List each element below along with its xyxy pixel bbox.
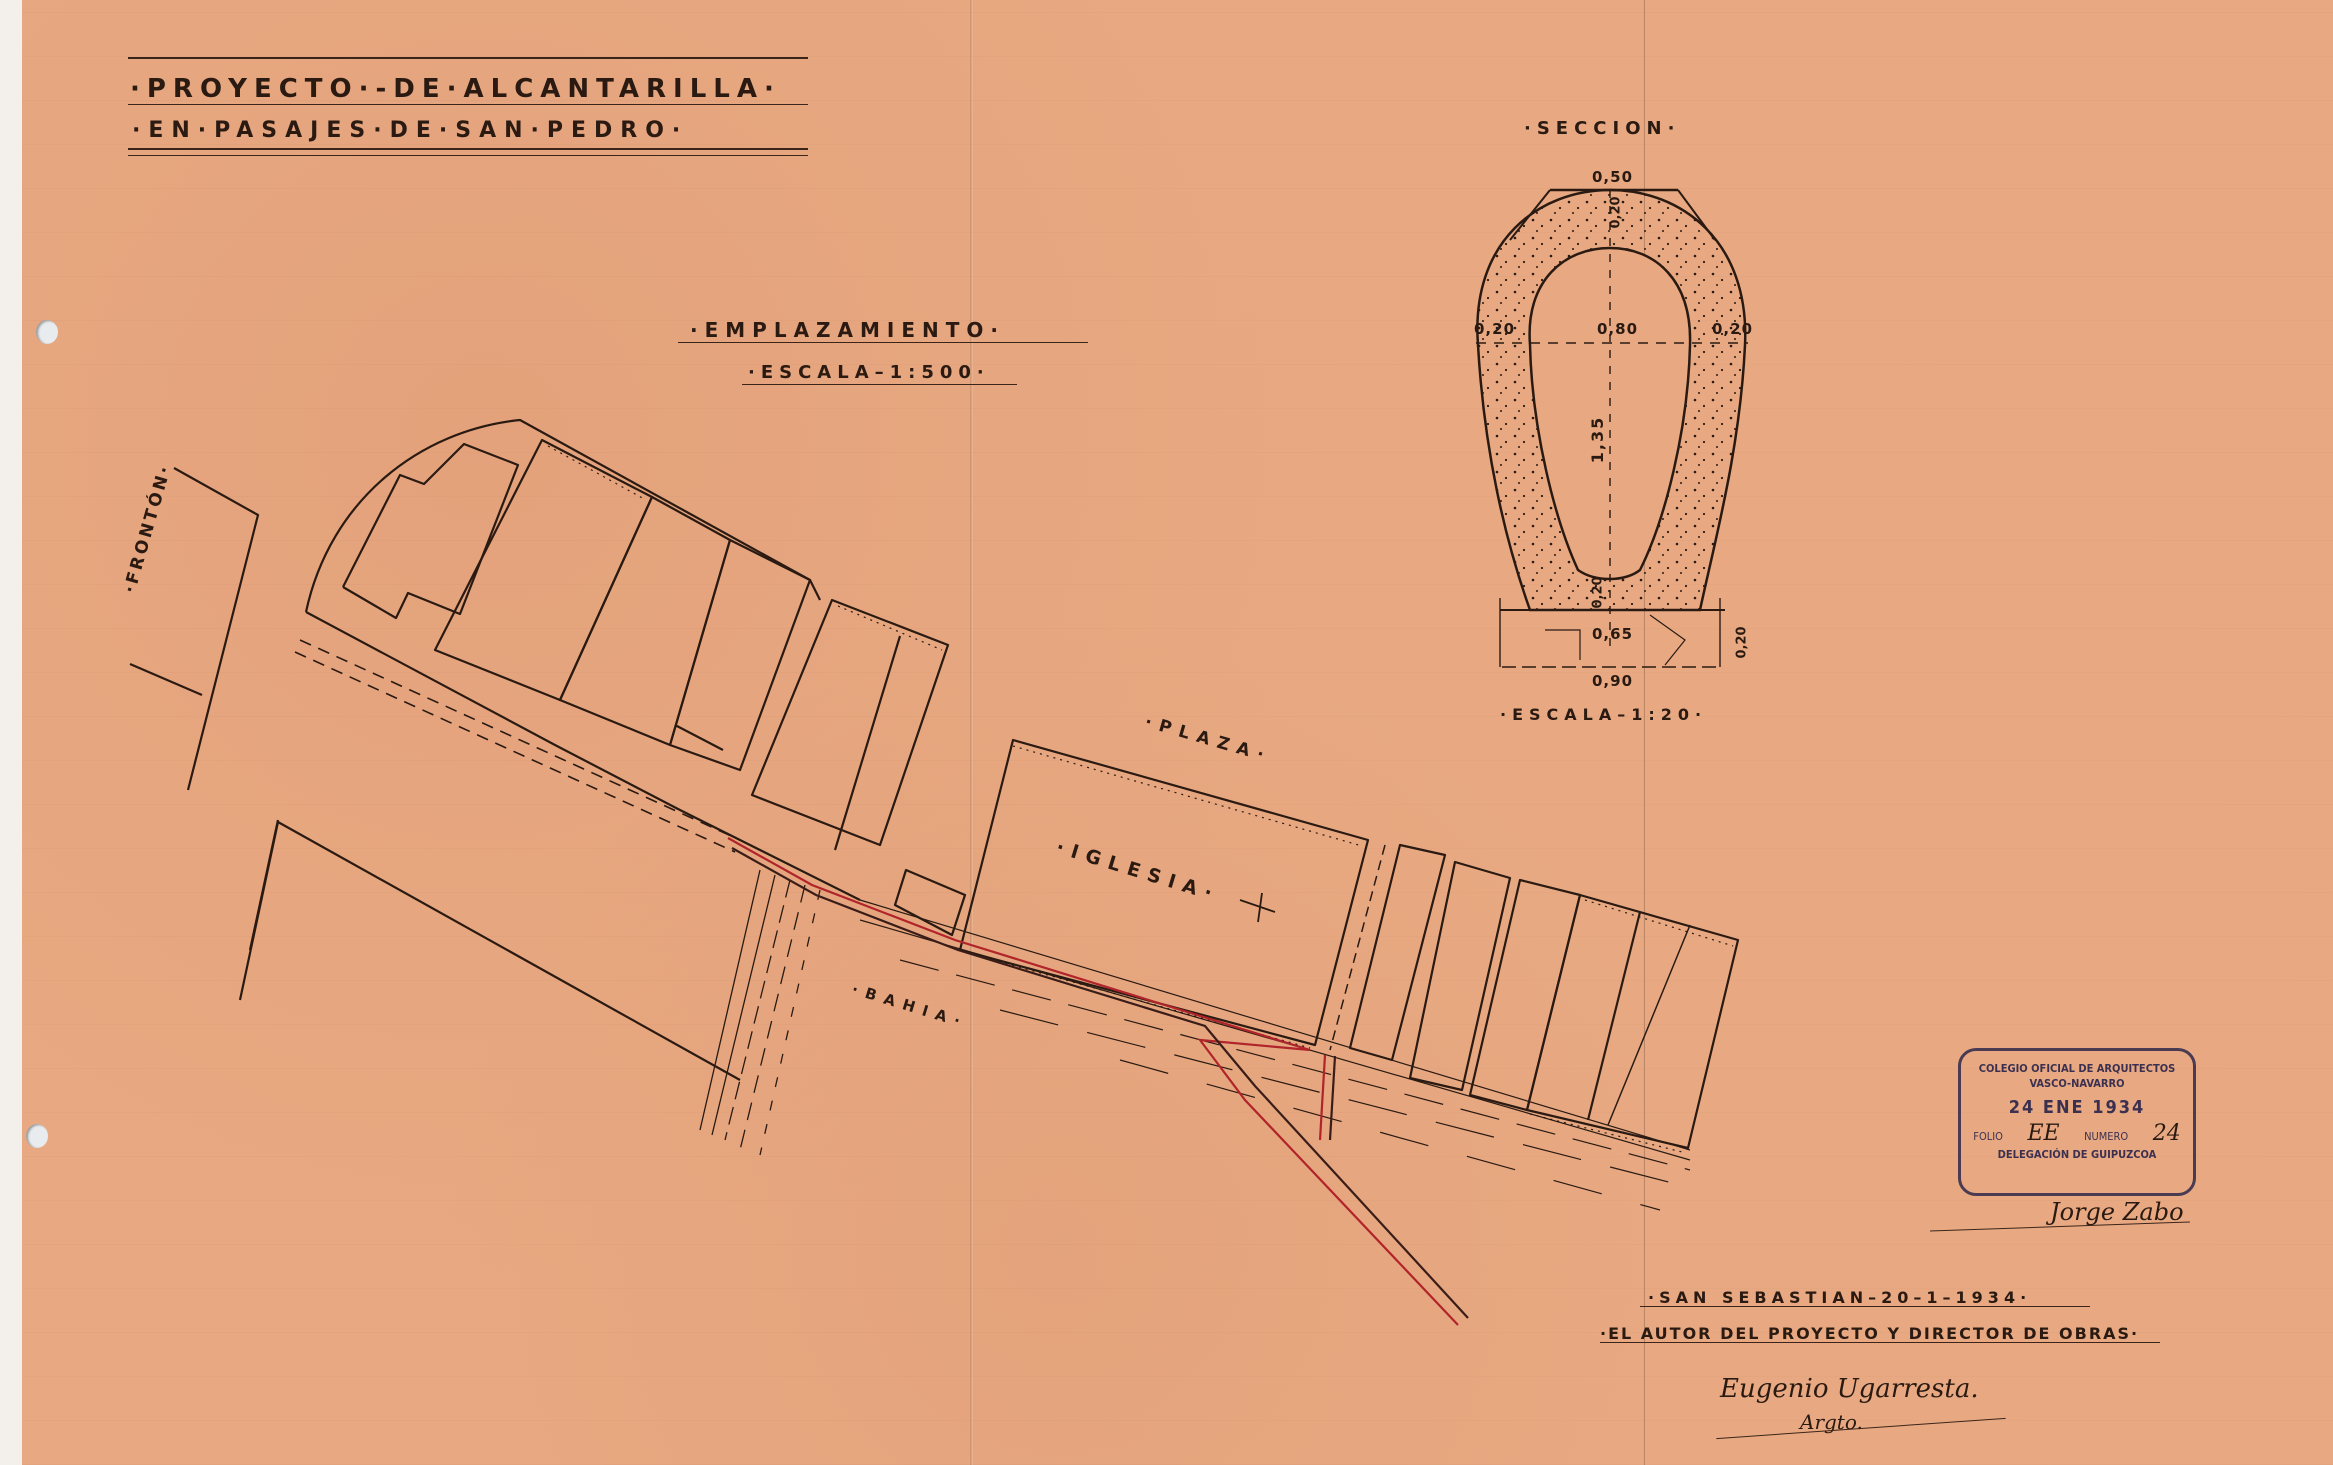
stamp-line1: COLEGIO OFICIAL DE ARQUITECTOS — [1961, 1063, 2193, 1074]
curved-block-outline — [306, 420, 820, 612]
sewer-cross-section — [1476, 190, 1748, 667]
building — [752, 600, 948, 845]
stamp-numero-value: 24 — [2153, 1123, 2181, 1145]
stamp-folio-label: FOLIO — [1973, 1131, 2003, 1142]
dim-base-inner: 0,65 — [1592, 625, 1633, 643]
dim-top-width: 0,50 — [1592, 168, 1633, 186]
dim-invert-thickness: 0,20 — [1591, 576, 1606, 608]
building — [1350, 845, 1445, 1060]
dim-wall-left: 0,20 — [1474, 320, 1515, 338]
footer-rule — [1640, 1306, 2090, 1307]
footer-rule-2 — [1600, 1342, 2160, 1343]
stamp-line2: VASCO-NAVARRO — [1961, 1078, 2193, 1089]
iglesia-building — [960, 740, 1368, 1045]
footer-place-date: ·SAN SEBASTIAN–20–1–1934· — [1648, 1288, 2031, 1307]
dim-base-height: 0,20 — [1735, 626, 1750, 658]
dim-wall-right: 0,20 — [1712, 320, 1753, 338]
registration-stamp: COLEGIO OFICIAL DE ARQUITECTOS VASCO-NAV… — [1958, 1048, 2196, 1196]
building — [1410, 862, 1510, 1090]
dim-crown-thickness: 0,20 — [1609, 196, 1624, 228]
stamp-line4: DELEGACIÓN DE GUIPUZCOA — [1961, 1149, 2193, 1160]
stamp-folio-row: FOLIO EE NUMERO 24 — [1961, 1123, 2193, 1145]
dim-inner-width: 0,80 — [1597, 320, 1638, 338]
stamp-numero-label: NUMERO — [2084, 1131, 2128, 1142]
building-l-shape — [343, 444, 518, 618]
dim-base-width: 0,90 — [1592, 672, 1633, 690]
footer-author-line: ·EL AUTOR DEL PROYECTO Y DIRECTOR DE OBR… — [1600, 1324, 2139, 1343]
building — [895, 870, 965, 935]
dim-inner-height: 1,35 — [1588, 416, 1607, 463]
stamp-folio-value: EE — [2027, 1123, 2059, 1145]
building — [670, 540, 810, 770]
stamp-date: 24 ENE 1934 — [1961, 1099, 2193, 1117]
author-signature: Eugenio Ugarresta. — [1720, 1374, 1979, 1404]
building — [1470, 880, 1580, 1110]
building — [560, 497, 730, 745]
